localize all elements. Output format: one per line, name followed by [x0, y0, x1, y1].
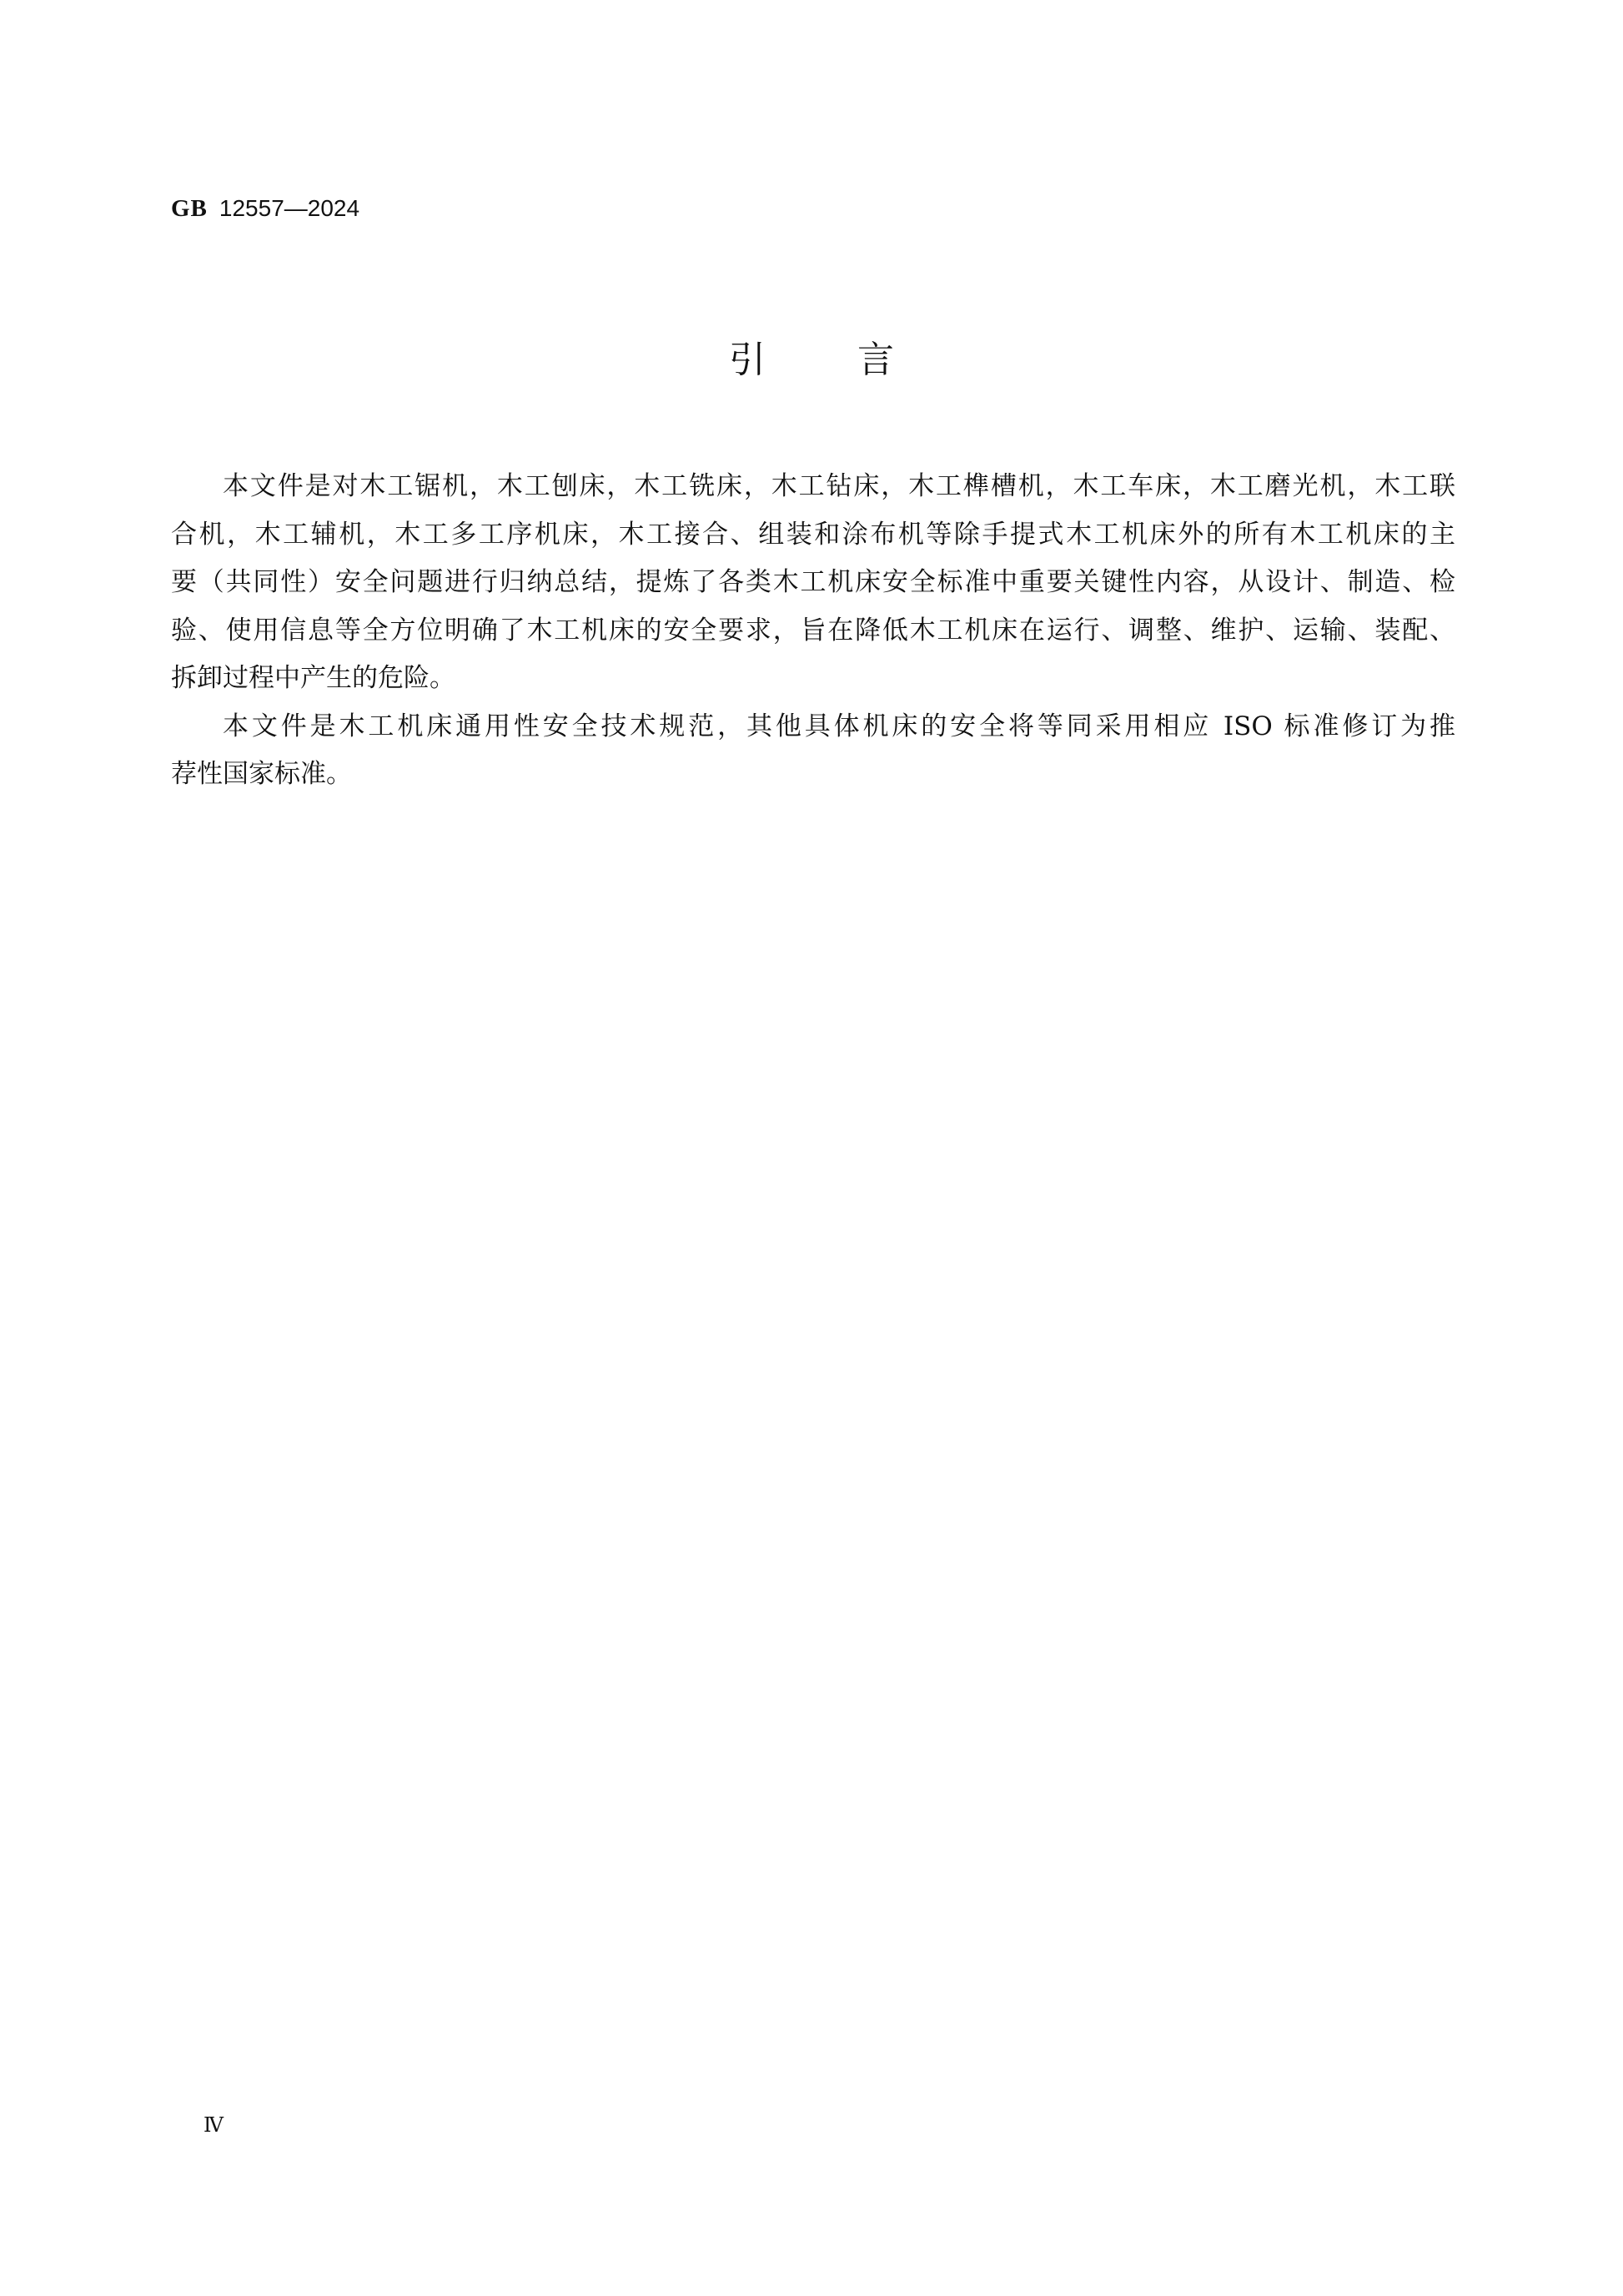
paragraph-1: 本文件是对木工锯机，木工刨床，木工铣床，木工钻床，木工榫槽机，木工车床，木工磨光… — [171, 463, 1455, 703]
standard-number: 12557—2024 — [219, 195, 359, 221]
paragraph-line: 拆卸过程中产生的危险。 — [171, 655, 1455, 703]
page-title: 引言 — [0, 335, 1623, 385]
page-number: Ⅳ — [204, 2113, 224, 2138]
paragraph-line: 合机，木工辅机，木工多工序机床，木工接合、组装和涂布机等除手提式木工机床外的所有… — [171, 511, 1455, 560]
paragraph-line: 验、使用信息等全方位明确了木工机床的安全要求，旨在降低木工机床在运行、调整、维护… — [171, 607, 1455, 656]
introduction-body: 本文件是对木工锯机，木工刨床，木工铣床，木工钻床，木工榫槽机，木工车床，木工磨光… — [171, 463, 1455, 799]
title-char-2: 言 — [857, 339, 894, 381]
paragraph-line: 本文件是对木工锯机，木工刨床，木工铣床，木工钻床，木工榫槽机，木工车床，木工磨光… — [171, 463, 1455, 511]
paragraph-line: 本文件是木工机床通用性安全技术规范，其他具体机床的安全将等同采用相应 ISO 标… — [171, 703, 1455, 751]
paragraph-line: 荐性国家标准。 — [171, 751, 1455, 799]
title-char-1: 引 — [729, 339, 766, 381]
standard-prefix: GB — [171, 195, 208, 222]
paragraph-line: 要（共同性）安全问题进行归纳总结，提炼了各类木工机床安全标准中重要关键性内容，从… — [171, 559, 1455, 607]
paragraph-2: 本文件是木工机床通用性安全技术规范，其他具体机床的安全将等同采用相应 ISO 标… — [171, 703, 1455, 799]
standard-header: GB12557—2024 — [171, 193, 359, 224]
